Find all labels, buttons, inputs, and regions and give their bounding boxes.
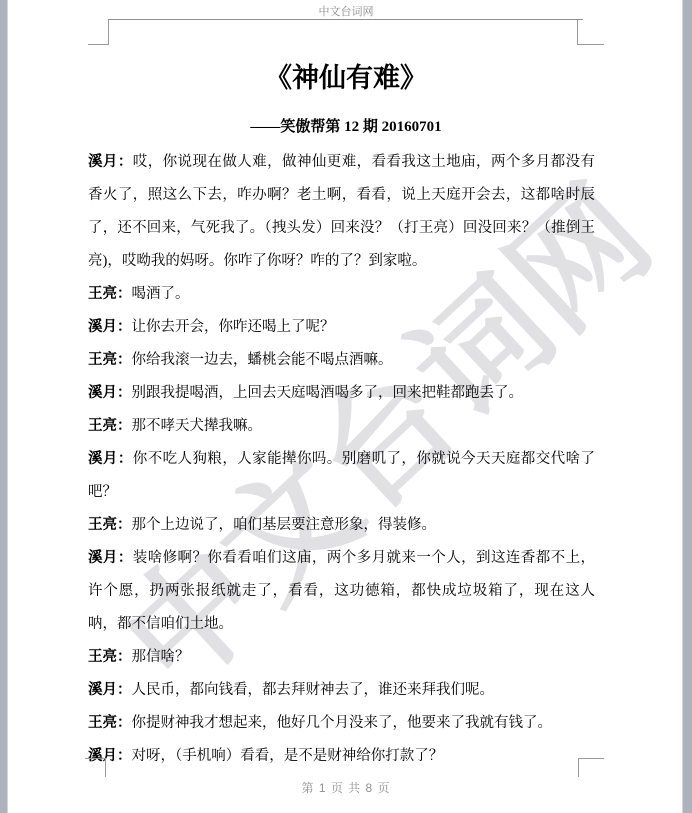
dialogue-line: 王亮：那个上边说了，咱们基层要注意形象，得装修。 xyxy=(88,509,595,542)
dialogue-text: 那不哮天犬撵我嘛。 xyxy=(132,418,263,434)
dialogue-text: 那个上边说了，咱们基层要注意形象，得装修。 xyxy=(132,517,437,533)
dialogue-text: 你不吃人狗粮，人家能撵你吗。别磨叽了，你就说今天天庭都交代啥了吧？ xyxy=(88,451,595,500)
text-boundary-mark-top-right xyxy=(577,20,604,45)
document-subtitle: ——笑傲帮第 12 期 20160701 xyxy=(0,115,692,136)
dialogue-line: 溪月：装啥修啊？你看看咱们这庙，两个多月就来一个人，到这连香都不上，许个愿，扔两… xyxy=(88,542,595,641)
speaker-name: 王亮： xyxy=(88,286,132,302)
document-title: 《神仙有难》 xyxy=(0,56,692,95)
dialogue-text: 装啥修啊？你看看咱们这庙，两个多月就来一个人，到这连香都不上，许个愿，扔两张报纸… xyxy=(88,550,595,632)
dialogue-text: 让你去开会，你咋还喝上了呢？ xyxy=(132,319,335,335)
speaker-name: 王亮： xyxy=(88,517,132,533)
app-background-strip-left xyxy=(0,0,8,813)
dialogue-line: 王亮：你给我滚一边去，蟠桃会能不喝点酒嘛。 xyxy=(88,344,595,377)
dialogue-line: 溪月：你不吃人狗粮，人家能撵你吗。别磨叽了，你就说今天天庭都交代啥了吧？ xyxy=(88,443,595,509)
dialogue-line: 溪月：对呀，（手机响）看看，是不是财神给你打款了？ xyxy=(88,740,595,773)
header-rule-line xyxy=(108,19,583,20)
dialogue-text: 你给我滚一边去，蟠桃会能不喝点酒嘛。 xyxy=(132,352,393,368)
dialogue-line: 溪月：别跟我提喝酒，上回去天庭喝酒喝多了，回来把鞋都跑丢了。 xyxy=(88,377,595,410)
speaker-name: 王亮： xyxy=(88,715,132,731)
text-boundary-mark-top-left xyxy=(88,20,109,45)
dialogue-text: 喝酒了。 xyxy=(132,286,190,302)
dialogue-line: 溪月：人民币，都向钱看，都去拜财神去了，谁还来拜我们呢。 xyxy=(88,674,595,707)
dialogue-line: 溪月：让你去开会，你咋还喝上了呢？ xyxy=(88,311,595,344)
dialogue-text: 对呀，（手机响）看看，是不是财神给你打款了？ xyxy=(132,748,444,764)
dialogue-container: 溪月：哎，你说现在做人难，做神仙更难，看看我这土地庙，两个多月都没有香火了，照这… xyxy=(88,146,595,773)
speaker-name: 王亮： xyxy=(88,649,132,665)
speaker-name: 溪月： xyxy=(88,385,132,401)
app-background-strip-right xyxy=(682,0,692,813)
dialogue-line: 王亮：那信啥？ xyxy=(88,641,595,674)
dialogue-text: 人民币，都向钱看，都去拜财神去了，谁还来拜我们呢。 xyxy=(132,682,495,698)
site-header-text: 中文台词网 xyxy=(0,3,692,19)
speaker-name: 溪月： xyxy=(88,154,133,170)
dialogue-line: 王亮：那不哮天犬撵我嘛。 xyxy=(88,410,595,443)
dialogue-text: 别跟我提喝酒，上回去天庭喝酒喝多了，回来把鞋都跑丢了。 xyxy=(132,385,524,401)
speaker-name: 溪月： xyxy=(88,451,133,467)
dialogue-line: 王亮：喝酒了。 xyxy=(88,278,595,311)
page-number-footer: 第 1 页 共 8 页 xyxy=(0,779,692,796)
dialogue-line: 王亮：你提财神我才想起来，他好几个月没来了，他要来了我就有钱了。 xyxy=(88,707,595,740)
dialogue-text: 哎，你说现在做人难，做神仙更难，看看我这土地庙，两个多月都没有香火了，照这么下去… xyxy=(88,154,595,269)
speaker-name: 溪月： xyxy=(88,682,132,698)
document-page: { "page": { "site_header": "中文台词网", "wat… xyxy=(0,0,692,813)
text-boundary-mark-bottom-right xyxy=(578,758,604,777)
speaker-name: 王亮： xyxy=(88,352,132,368)
speaker-name: 王亮： xyxy=(88,418,132,434)
text-boundary-mark-bottom-left xyxy=(85,758,106,777)
speaker-name: 溪月： xyxy=(88,550,133,566)
dialogue-text: 你提财神我才想起来，他好几个月没来了，他要来了我就有钱了。 xyxy=(132,715,553,731)
dialogue-line: 溪月：哎，你说现在做人难，做神仙更难，看看我这土地庙，两个多月都没有香火了，照这… xyxy=(88,146,595,278)
speaker-name: 溪月： xyxy=(88,319,132,335)
dialogue-text: 那信啥？ xyxy=(132,649,190,665)
